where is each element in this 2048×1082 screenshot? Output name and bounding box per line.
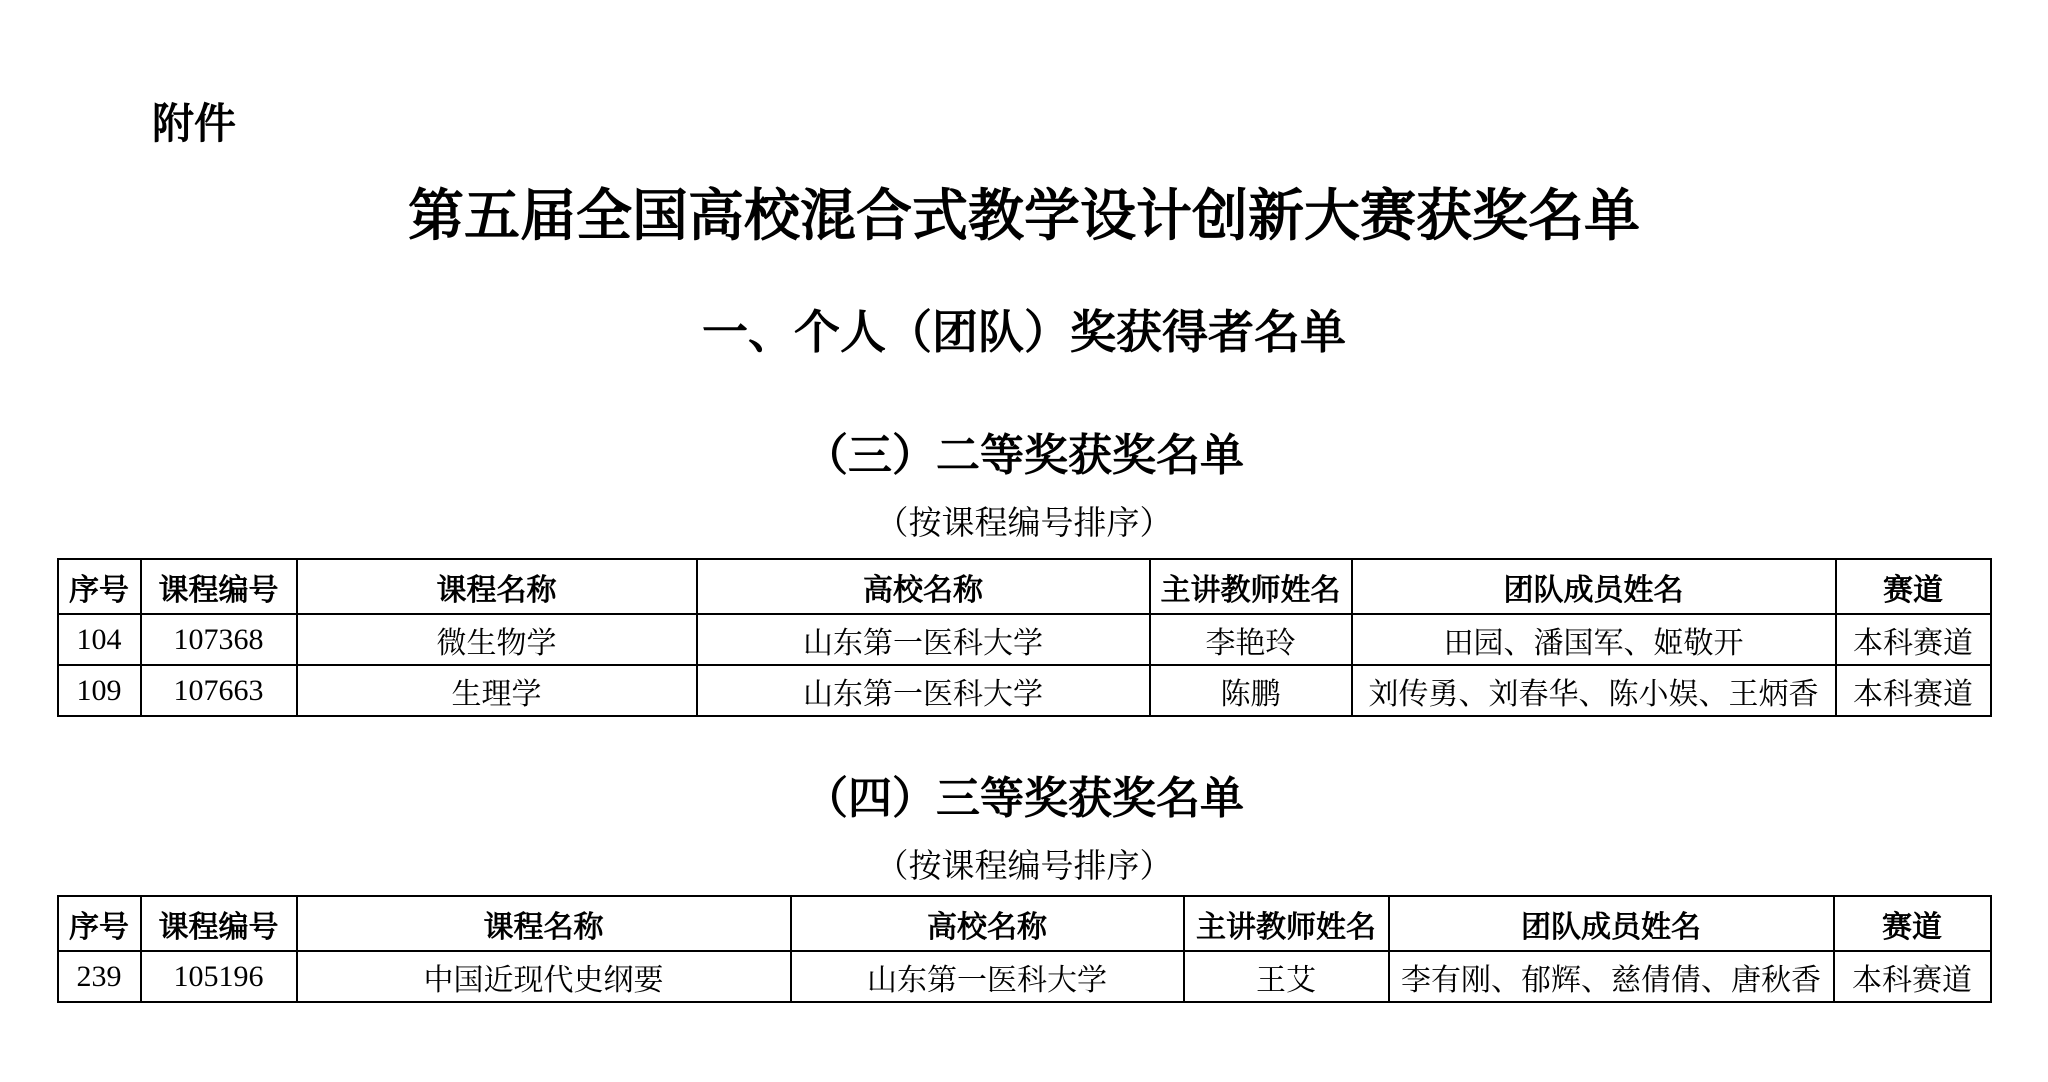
table-cell: 田园、潘国军、姬敬开 [1352,614,1836,665]
document-title: 第五届全国高校混合式教学设计创新大赛获奖名单 [0,186,2048,248]
second-prize-table: 序号课程编号课程名称高校名称主讲教师姓名团队成员姓名赛道104107368微生物… [57,558,1992,717]
column-header: 课程名称 [297,559,697,614]
column-header: 主讲教师姓名 [1184,896,1389,951]
second-prize-heading: （三）二等奖获奖名单 [0,426,2048,486]
table-cell: 微生物学 [297,614,697,665]
third-prize-section: （四）三等奖获奖名单 （按课程编号排序） 序号课程编号课程名称高校名称主讲教师姓… [0,769,2048,1003]
table-cell: 109 [58,665,141,716]
table-cell: 山东第一医科大学 [697,665,1150,716]
column-header: 高校名称 [697,559,1150,614]
third-prize-heading: （四）三等奖获奖名单 [0,769,2048,829]
table-cell: 本科赛道 [1834,951,1991,1002]
table-cell: 本科赛道 [1836,614,1991,665]
column-header: 赛道 [1834,896,1991,951]
third-prize-sort-note: （按课程编号排序） [0,845,2048,889]
column-header: 高校名称 [791,896,1184,951]
document-subtitle: 一、个人（团队）奖获得者名单 [0,304,2048,360]
table-header-row: 序号课程编号课程名称高校名称主讲教师姓名团队成员姓名赛道 [58,559,1991,614]
column-header: 课程名称 [297,896,791,951]
column-header: 序号 [58,896,141,951]
table-cell: 李艳玲 [1150,614,1352,665]
table-cell: 107368 [141,614,297,665]
table-cell: 239 [58,951,141,1002]
document-page: 附件 第五届全国高校混合式教学设计创新大赛获奖名单 一、个人（团队）奖获得者名单… [0,0,2048,1082]
table-cell: 山东第一医科大学 [697,614,1150,665]
table-cell: 王艾 [1184,951,1389,1002]
second-prize-sort-note: （按课程编号排序） [0,502,2048,546]
table-cell: 105196 [141,951,297,1002]
table-row: 239105196中国近现代史纲要山东第一医科大学王艾李有刚、郁辉、慈倩倩、唐秋… [58,951,1991,1002]
table-cell: 生理学 [297,665,697,716]
table-cell: 陈鹏 [1150,665,1352,716]
table-cell: 中国近现代史纲要 [297,951,791,1002]
column-header: 团队成员姓名 [1389,896,1834,951]
table-header-row: 序号课程编号课程名称高校名称主讲教师姓名团队成员姓名赛道 [58,896,1991,951]
table-row: 109107663生理学山东第一医科大学陈鹏刘传勇、刘春华、陈小娱、王炳香本科赛… [58,665,1991,716]
table-cell: 刘传勇、刘春华、陈小娱、王炳香 [1352,665,1836,716]
table-cell: 李有刚、郁辉、慈倩倩、唐秋香 [1389,951,1834,1002]
column-header: 序号 [58,559,141,614]
column-header: 赛道 [1836,559,1991,614]
table-cell: 107663 [141,665,297,716]
column-header: 主讲教师姓名 [1150,559,1352,614]
table-cell: 本科赛道 [1836,665,1991,716]
attachment-label: 附件 [152,100,2048,148]
third-prize-table: 序号课程编号课程名称高校名称主讲教师姓名团队成员姓名赛道239105196中国近… [57,895,1992,1003]
column-header: 团队成员姓名 [1352,559,1836,614]
column-header: 课程编号 [141,896,297,951]
table-cell: 山东第一医科大学 [791,951,1184,1002]
column-header: 课程编号 [141,559,297,614]
table-row: 104107368微生物学山东第一医科大学李艳玲田园、潘国军、姬敬开本科赛道 [58,614,1991,665]
second-prize-section: （三）二等奖获奖名单 （按课程编号排序） 序号课程编号课程名称高校名称主讲教师姓… [0,426,2048,717]
table-cell: 104 [58,614,141,665]
